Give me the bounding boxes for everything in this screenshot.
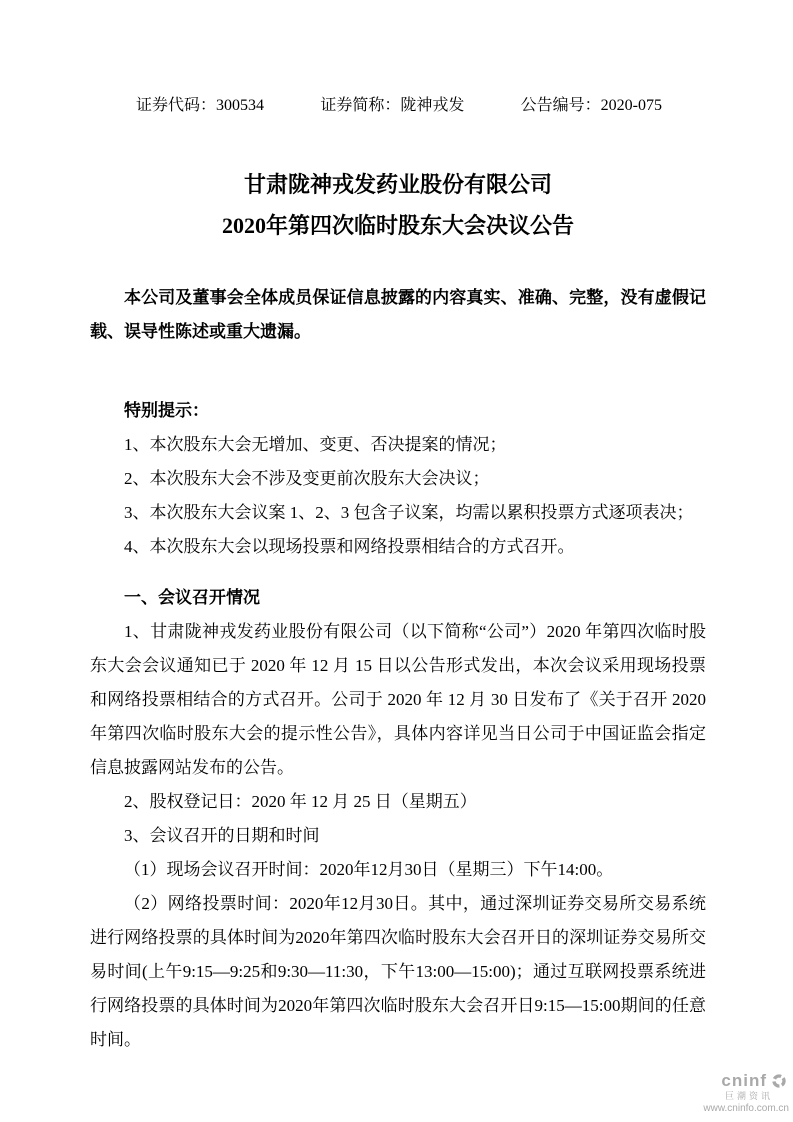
doc-title: 甘肃陇神戎发药业股份有限公司 2020年第四次临时股东大会决议公告 (90, 164, 706, 246)
cninfo-chinese-name: 巨潮资讯 (703, 1091, 789, 1102)
section1-paragraph-2: 2、股权登记日：2020 年 12 月 25 日（星期五） (90, 785, 706, 819)
stock-short-name: 证券简称：陇神戎发 (320, 96, 464, 116)
special-tip-item-3: 3、本次股东大会议案 1、2、3 包含子议案，均需以累积投票方式逐项表决； (90, 496, 706, 530)
special-tip-item-4: 4、本次股东大会以现场投票和网络投票相结合的方式召开。 (90, 530, 706, 564)
doc-title-line2: 2020年第四次临时股东大会决议公告 (90, 205, 706, 246)
cninfo-logo-text: cninf (721, 1072, 767, 1090)
stock-code: 证券代码：300534 (136, 96, 264, 116)
special-tips-heading: 特别提示： (90, 394, 706, 428)
section1-heading: 一、会议召开情况 (90, 581, 706, 615)
cninfo-logo-row: cninf (703, 1071, 789, 1091)
doc-header: 证券代码：300534 证券简称：陇神戎发 公告编号：2020-075 (90, 96, 706, 116)
disclaimer-statement: 本公司及董事会全体成员保证信息披露的内容真实、准确、完整，没有虚假记载、误导性陈… (90, 281, 706, 349)
special-tip-item-1: 1、本次股东大会无增加、变更、否决提案的情况； (90, 428, 706, 462)
announcement-number: 公告编号：2020-075 (521, 96, 662, 116)
cninfo-watermark: cninf 巨潮资讯 www.cninfo.com.cn (703, 1071, 789, 1115)
special-tip-item-2: 2、本次股东大会不涉及变更前次股东大会决议； (90, 462, 706, 496)
section1-paragraph-4: （1）现场会议召开时间：2020年12月30日（星期三）下午14:00。 (90, 853, 706, 887)
document-page: 证券代码：300534 证券简称：陇神戎发 公告编号：2020-075 甘肃陇神… (0, 0, 793, 1122)
cninfo-swirl-icon (769, 1071, 789, 1091)
cninfo-url: www.cninfo.com.cn (703, 1102, 789, 1115)
section1-paragraph-3: 3、会议召开的日期和时间 (90, 819, 706, 853)
section1-paragraph-1: 1、甘肃陇神戎发药业股份有限公司（以下简称“公司”）2020 年第四次临时股东大… (90, 615, 706, 785)
doc-title-line1: 甘肃陇神戎发药业股份有限公司 (90, 164, 706, 205)
section1-paragraph-5: （2）网络投票时间：2020年12月30日。其中，通过深圳证券交易所交易系统进行… (90, 887, 706, 1057)
